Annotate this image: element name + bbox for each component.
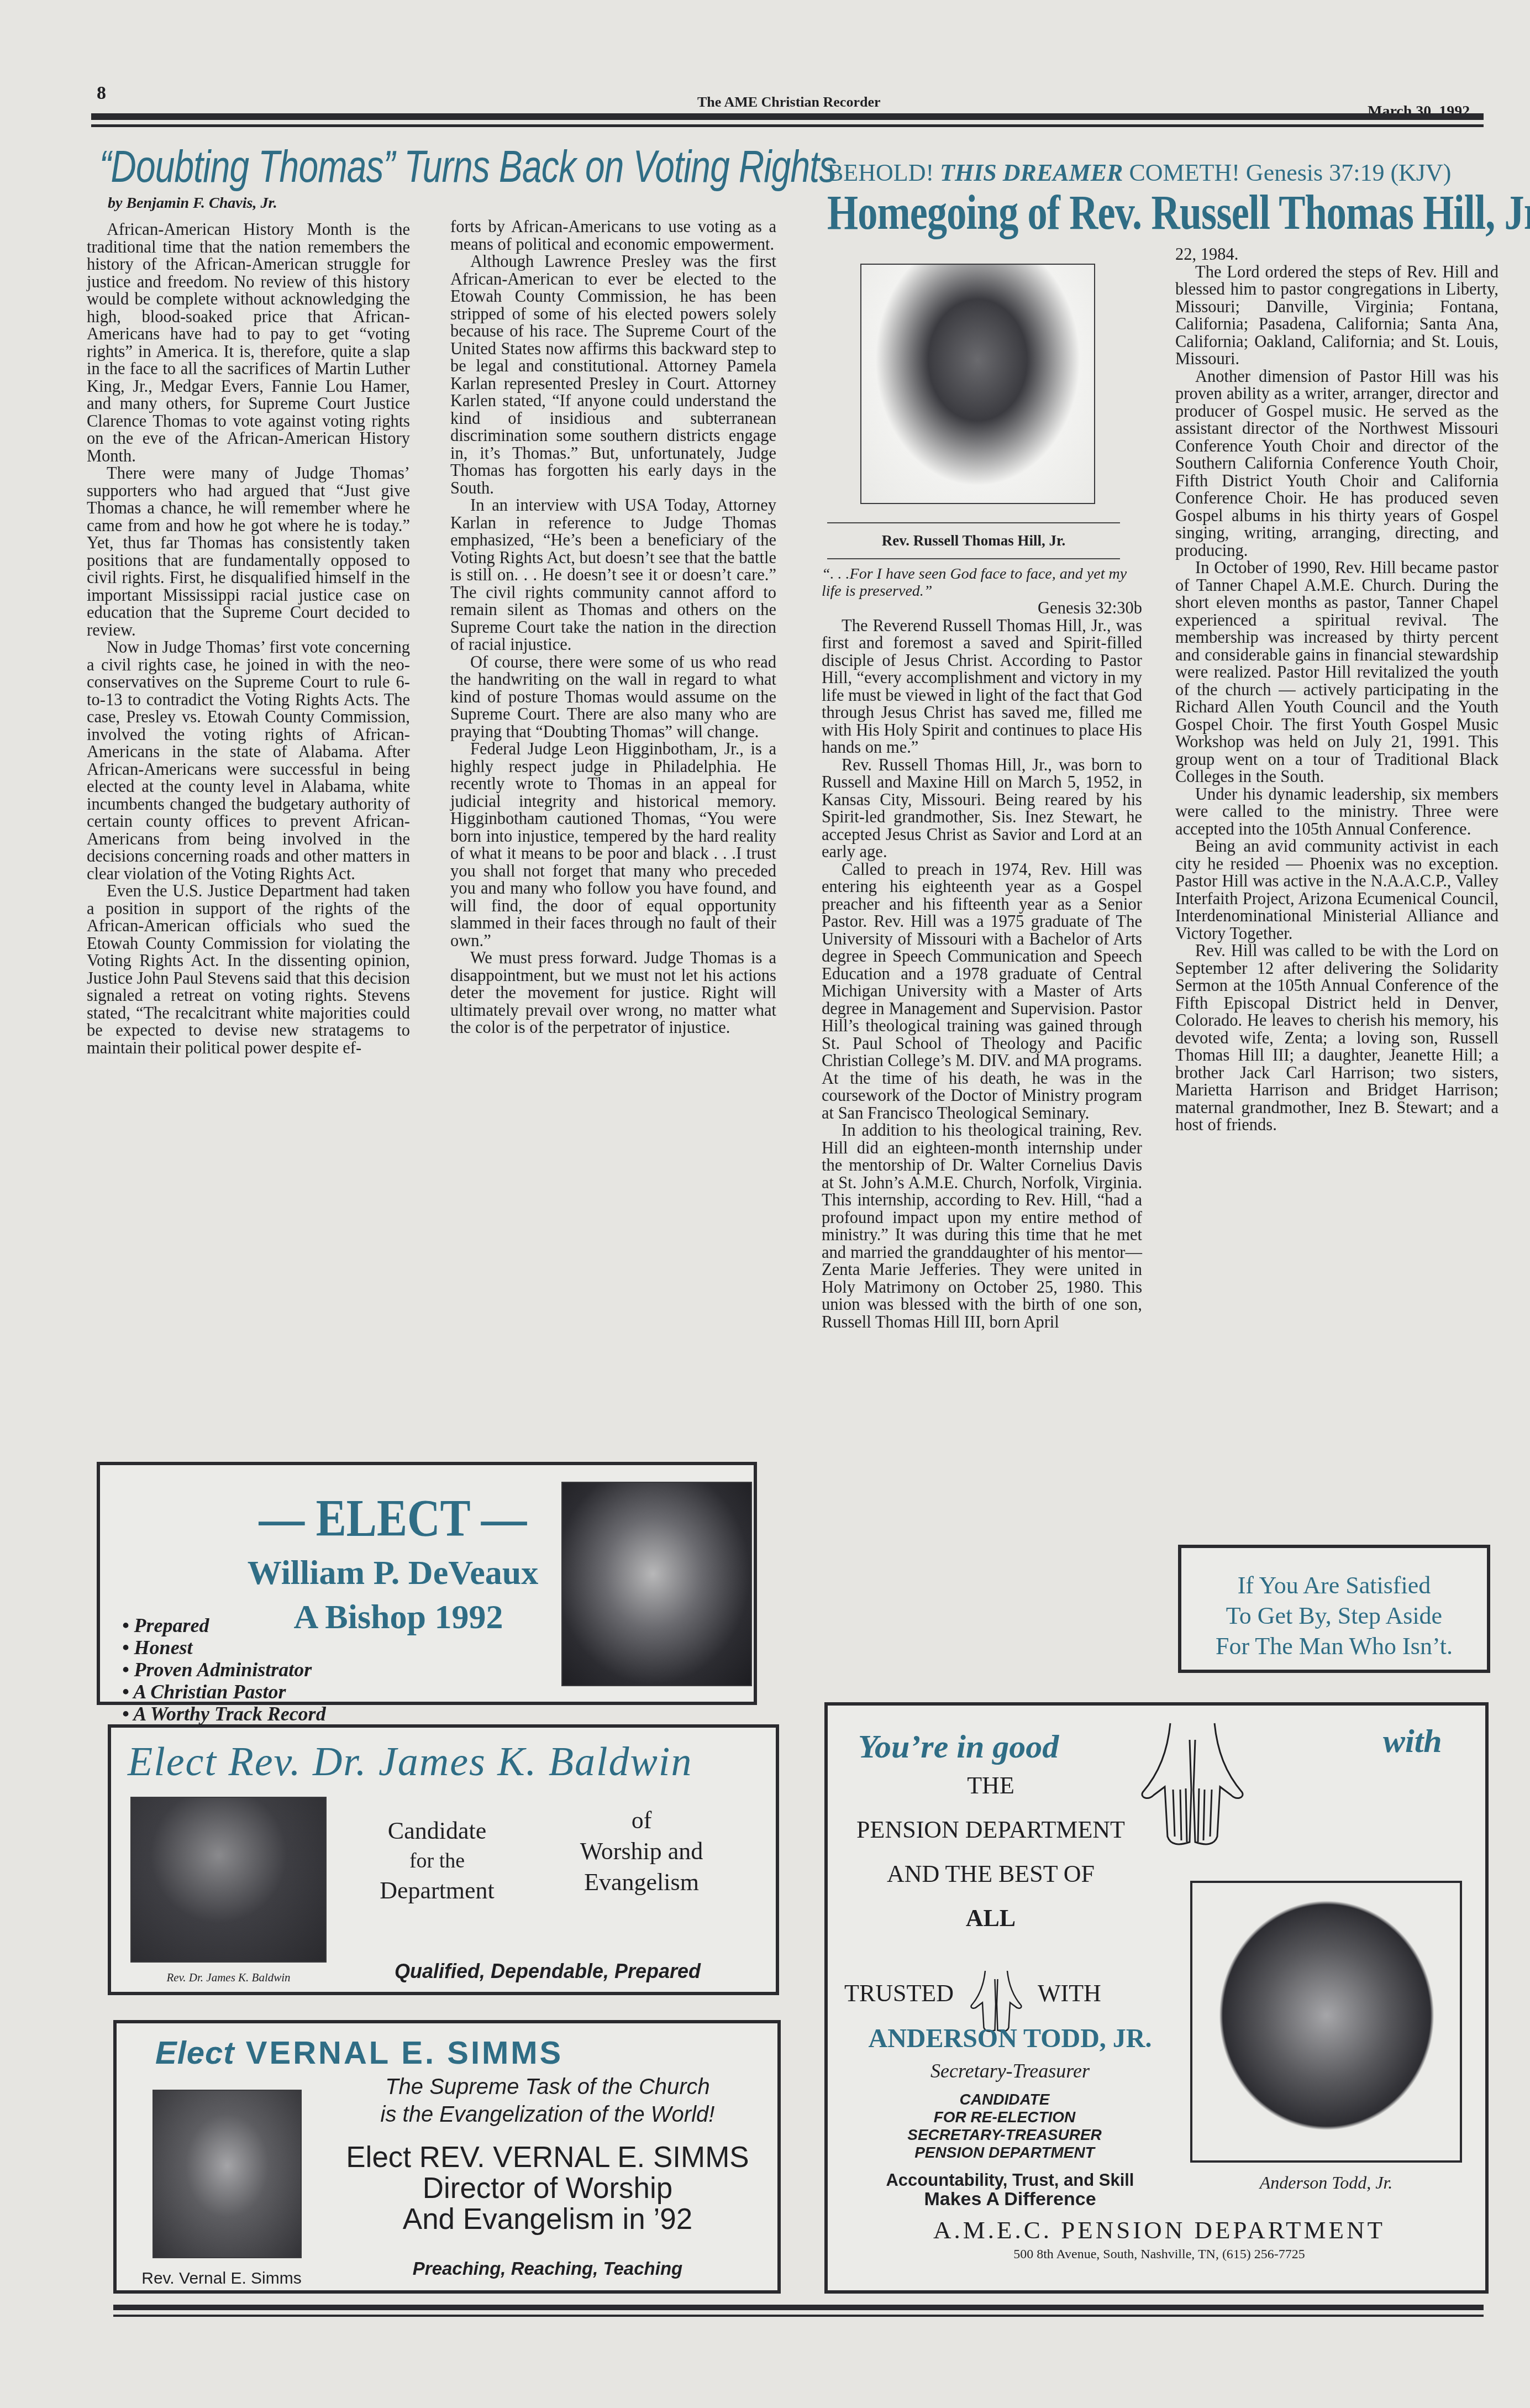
- masthead-rule-thin: [91, 124, 1484, 127]
- ad-elect-simms: Elect VERNAL E. SIMMS Rev. Vernal E. Sim…: [113, 2020, 781, 2294]
- quote-text: If You Are Satisfied To Get By, Step Asi…: [1181, 1570, 1487, 1661]
- ad-baldwin-tagline: Qualified, Dependable, Prepared: [349, 1960, 746, 1983]
- epigraph-quote: “. . .For I have seen God face to face, …: [822, 565, 1142, 600]
- ad-baldwin-headline: Elect Rev. Dr. James K. Baldwin: [128, 1739, 769, 1786]
- quality-item: Proven Administrator: [122, 1659, 326, 1681]
- masthead-rule: [91, 113, 1484, 120]
- paragraph: Although Lawrence Presley was the first …: [450, 253, 776, 497]
- rev-hill-portrait: [860, 264, 1095, 504]
- simms-portrait: [153, 2090, 302, 2258]
- page-number: 8: [97, 83, 106, 104]
- paragraph: 22, 1984.: [1175, 246, 1499, 264]
- ad-simms-main-text: Elect REV. VERNAL E. SIMMS Director of W…: [327, 2142, 769, 2235]
- paragraph: The Lord ordered the steps of Rev. Hill …: [1175, 264, 1499, 368]
- todd-photo-caption: Anderson Todd, Jr.: [1190, 2173, 1462, 2193]
- ad-todd-with: WITH: [1038, 1979, 1101, 2007]
- rev-hill-photo-caption: Rev. Russell Thomas Hill, Jr.: [827, 522, 1120, 559]
- candidate-name: William P. DeVeaux: [205, 1554, 581, 1593]
- candidacy-text-left: Candidate for the Department: [354, 1816, 520, 1906]
- quality-item: A Worthy Track Record: [122, 1703, 326, 1725]
- paragraph: Now in Judge Thomas’ first vote concerni…: [87, 639, 410, 883]
- article-homegoing-kicker: BEHOLD! THIS DREAMER COMETH! Genesis 37:…: [827, 159, 1451, 187]
- ad-elect-baldwin: Elect Rev. Dr. James K. Baldwin Rev. Dr.…: [108, 1724, 779, 1995]
- paragraph: In October of 1990, Rev. Hill became pas…: [1175, 559, 1499, 786]
- paragraph: Under his dynamic leadership, six member…: [1175, 786, 1499, 838]
- quality-item: A Christian Pastor: [122, 1681, 326, 1703]
- quality-item: Prepared: [122, 1614, 326, 1636]
- deveaux-portrait: [561, 1482, 752, 1686]
- todd-photo-frame: [1190, 1881, 1462, 2163]
- paragraph: In addition to his theological training,…: [822, 1122, 1142, 1331]
- baldwin-portrait: [130, 1797, 327, 1963]
- article-homegoing-column-2: 22, 1984. The Lord ordered the steps of …: [1175, 246, 1499, 1134]
- candidate-title: Secretary-Treasurer: [839, 2059, 1181, 2082]
- ad-todd-motto: Accountability, Trust, and Skill Makes A…: [839, 2171, 1181, 2208]
- paragraph: forts by African-Americans to use voting…: [450, 218, 776, 253]
- baldwin-photo-caption: Rev. Dr. James K. Baldwin: [130, 1971, 327, 1985]
- epigraph-reference: Genesis 32:30b: [822, 600, 1142, 617]
- paragraph: Rev. Hill was called to be with the Lord…: [1175, 942, 1499, 1134]
- paragraph: Rev. Russell Thomas Hill, Jr., was born …: [822, 757, 1142, 861]
- publication-name: The AME Christian Recorder: [697, 94, 880, 111]
- simms-photo-caption: Rev. Vernal E. Simms: [133, 2269, 310, 2288]
- paragraph: Even the U.S. Justice Department had tak…: [87, 883, 410, 1057]
- quality-item: Honest: [122, 1636, 326, 1659]
- paragraph: Being an avid community activist in each…: [1175, 838, 1499, 942]
- ad-todd-trusted: TRUSTED: [844, 1979, 954, 2007]
- ad-simms-headline: Elect VERNAL E. SIMMS: [155, 2034, 763, 2071]
- footer-rule: [113, 2305, 1484, 2310]
- open-hands-icon: [1137, 1718, 1248, 1850]
- footer-rule-thin: [113, 2315, 1484, 2317]
- article-voting-byline: by Benjamin F. Chavis, Jr.: [108, 195, 277, 212]
- ad-pension-todd: You’re in good with THE PENSION DEPARTME…: [824, 1702, 1489, 2294]
- qualities-list: Prepared Honest Proven Administrator A C…: [122, 1614, 326, 1725]
- article-voting-column-1: African-American History Month is the tr…: [87, 221, 410, 1057]
- paragraph: African-American History Month is the tr…: [87, 221, 410, 465]
- ad-todd-body-lines: THE PENSION DEPARTMENT AND THE BEST OF A…: [839, 1764, 1143, 1940]
- ad-simms-subheading: The Supreme Task of the Church is the Ev…: [332, 2073, 763, 2128]
- paragraph: In an interview with USA Today, Attorney…: [450, 497, 776, 654]
- ad-todd-slogan-start: You’re in good: [858, 1728, 1059, 1766]
- department-address: 500 8th Avenue, South, Nashville, TN, (6…: [850, 2247, 1469, 2262]
- paragraph: Called to preach in 1974, Rev. Hill was …: [822, 861, 1142, 1122]
- paragraph: Federal Judge Leon Higginbotham, Jr., is…: [450, 741, 776, 949]
- ad-elect-deveaux: — ELECT — William P. DeVeaux A Bishop 19…: [97, 1462, 757, 1705]
- candidacy-text-right: of Worship and Evangelism: [542, 1805, 741, 1898]
- article-homegoing-headline: Homegoing of Rev. Russell Thomas Hill, J…: [827, 185, 1530, 241]
- ad-simms-tagline: Preaching, Reaching, Teaching: [332, 2258, 763, 2279]
- paragraph: There were many of Judge Thomas’ support…: [87, 465, 410, 639]
- paragraph: Another dimension of Pastor Hill was his…: [1175, 368, 1499, 560]
- candidacy-statement: CANDIDATE FOR RE-ELECTION SECRETARY-TREA…: [850, 2091, 1159, 2162]
- article-homegoing-column-1: Genesis 32:30b The Reverend Russell Thom…: [822, 600, 1142, 1331]
- ad-todd-slogan-end: with: [1383, 1722, 1442, 1760]
- paragraph: We must press forward. Judge Thomas is a…: [450, 949, 776, 1037]
- article-voting-column-2: forts by African-Americans to use voting…: [450, 218, 776, 1037]
- candidate-name: ANDERSON TODD, JR.: [839, 2023, 1181, 2054]
- paragraph: Of course, there were some of us who rea…: [450, 654, 776, 741]
- department-name: A.M.E.C. PENSION DEPARTMENT: [850, 2216, 1469, 2244]
- article-voting-headline: “Doubting Thomas” Turns Back on Voting R…: [99, 141, 634, 193]
- paragraph: The Reverend Russell Thomas Hill, Jr., w…: [822, 617, 1142, 757]
- quote-box-satisfied: If You Are Satisfied To Get By, Step Asi…: [1178, 1545, 1490, 1673]
- ad-elect-heading: — ELECT —: [255, 1487, 531, 1549]
- todd-portrait: [1200, 1891, 1453, 2150]
